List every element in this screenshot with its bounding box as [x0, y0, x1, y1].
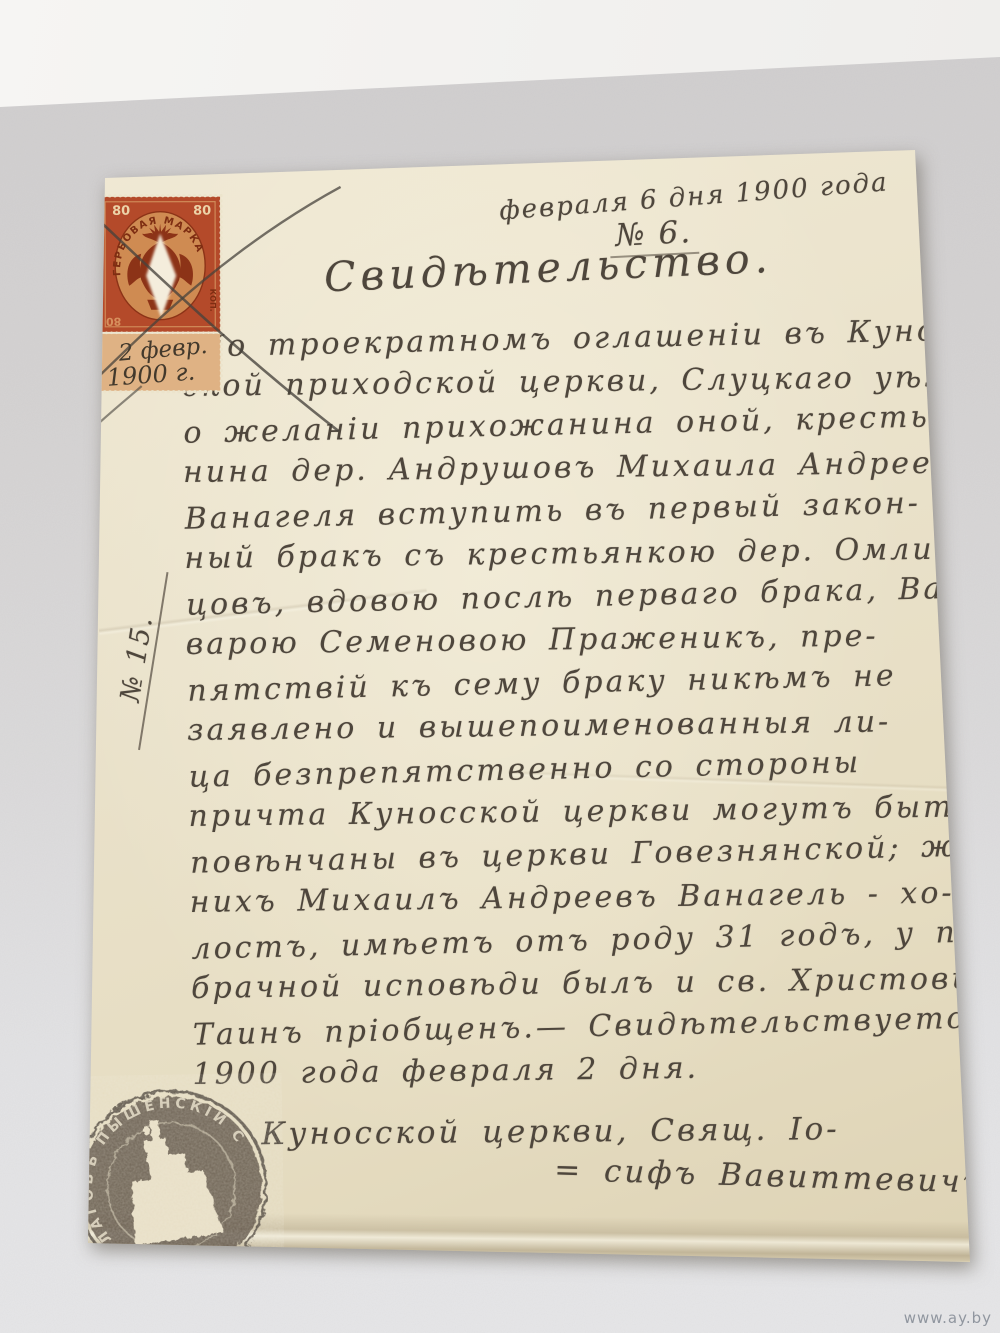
- margin-registry-number: № 15.: [107, 567, 168, 750]
- stamp-kop-text: КОП.: [208, 289, 217, 312]
- church-seal: КІЕ БЛАГОВЪ ПЫШЕНСКІЙ С: [54, 1070, 288, 1304]
- photo-of-document: февраля 6 дня 1900 года № 6. Свидѣтельст…: [0, 0, 1000, 1333]
- site-watermark: www.ay.by: [904, 1309, 992, 1327]
- closing-line-church: Куносской церкви, Свящ. Іо-: [261, 1111, 840, 1152]
- stamp-denomination: 80: [193, 204, 211, 219]
- stamp-denomination: 80: [106, 315, 122, 328]
- paper-sheet-wrap: февраля 6 дня 1900 года № 6. Свидѣтельст…: [78, 138, 983, 1278]
- window-frame: [0, 0, 1000, 112]
- document-title: Свидѣтельство.: [323, 234, 773, 302]
- paper-sheet: февраля 6 дня 1900 года № 6. Свидѣтельст…: [78, 138, 983, 1278]
- document-content: февраля 6 дня 1900 года № 6. Свидѣтельст…: [70, 131, 993, 1285]
- revenue-stamp: ГЕРБОВАЯ МАРКА 80 80 80 КОП.: [97, 194, 223, 394]
- body-text: По троекратномъ оглашеніи въ Кунос- ской…: [181, 315, 983, 1101]
- handwritten-line: 1900 года февраля 2 дня.: [192, 1047, 982, 1100]
- header-date-line: февраля 6 дня 1900 года: [498, 161, 979, 227]
- stamp-denomination: 80: [112, 204, 130, 219]
- priest-signature: = сифъ Вавиттевичъ: [554, 1152, 987, 1201]
